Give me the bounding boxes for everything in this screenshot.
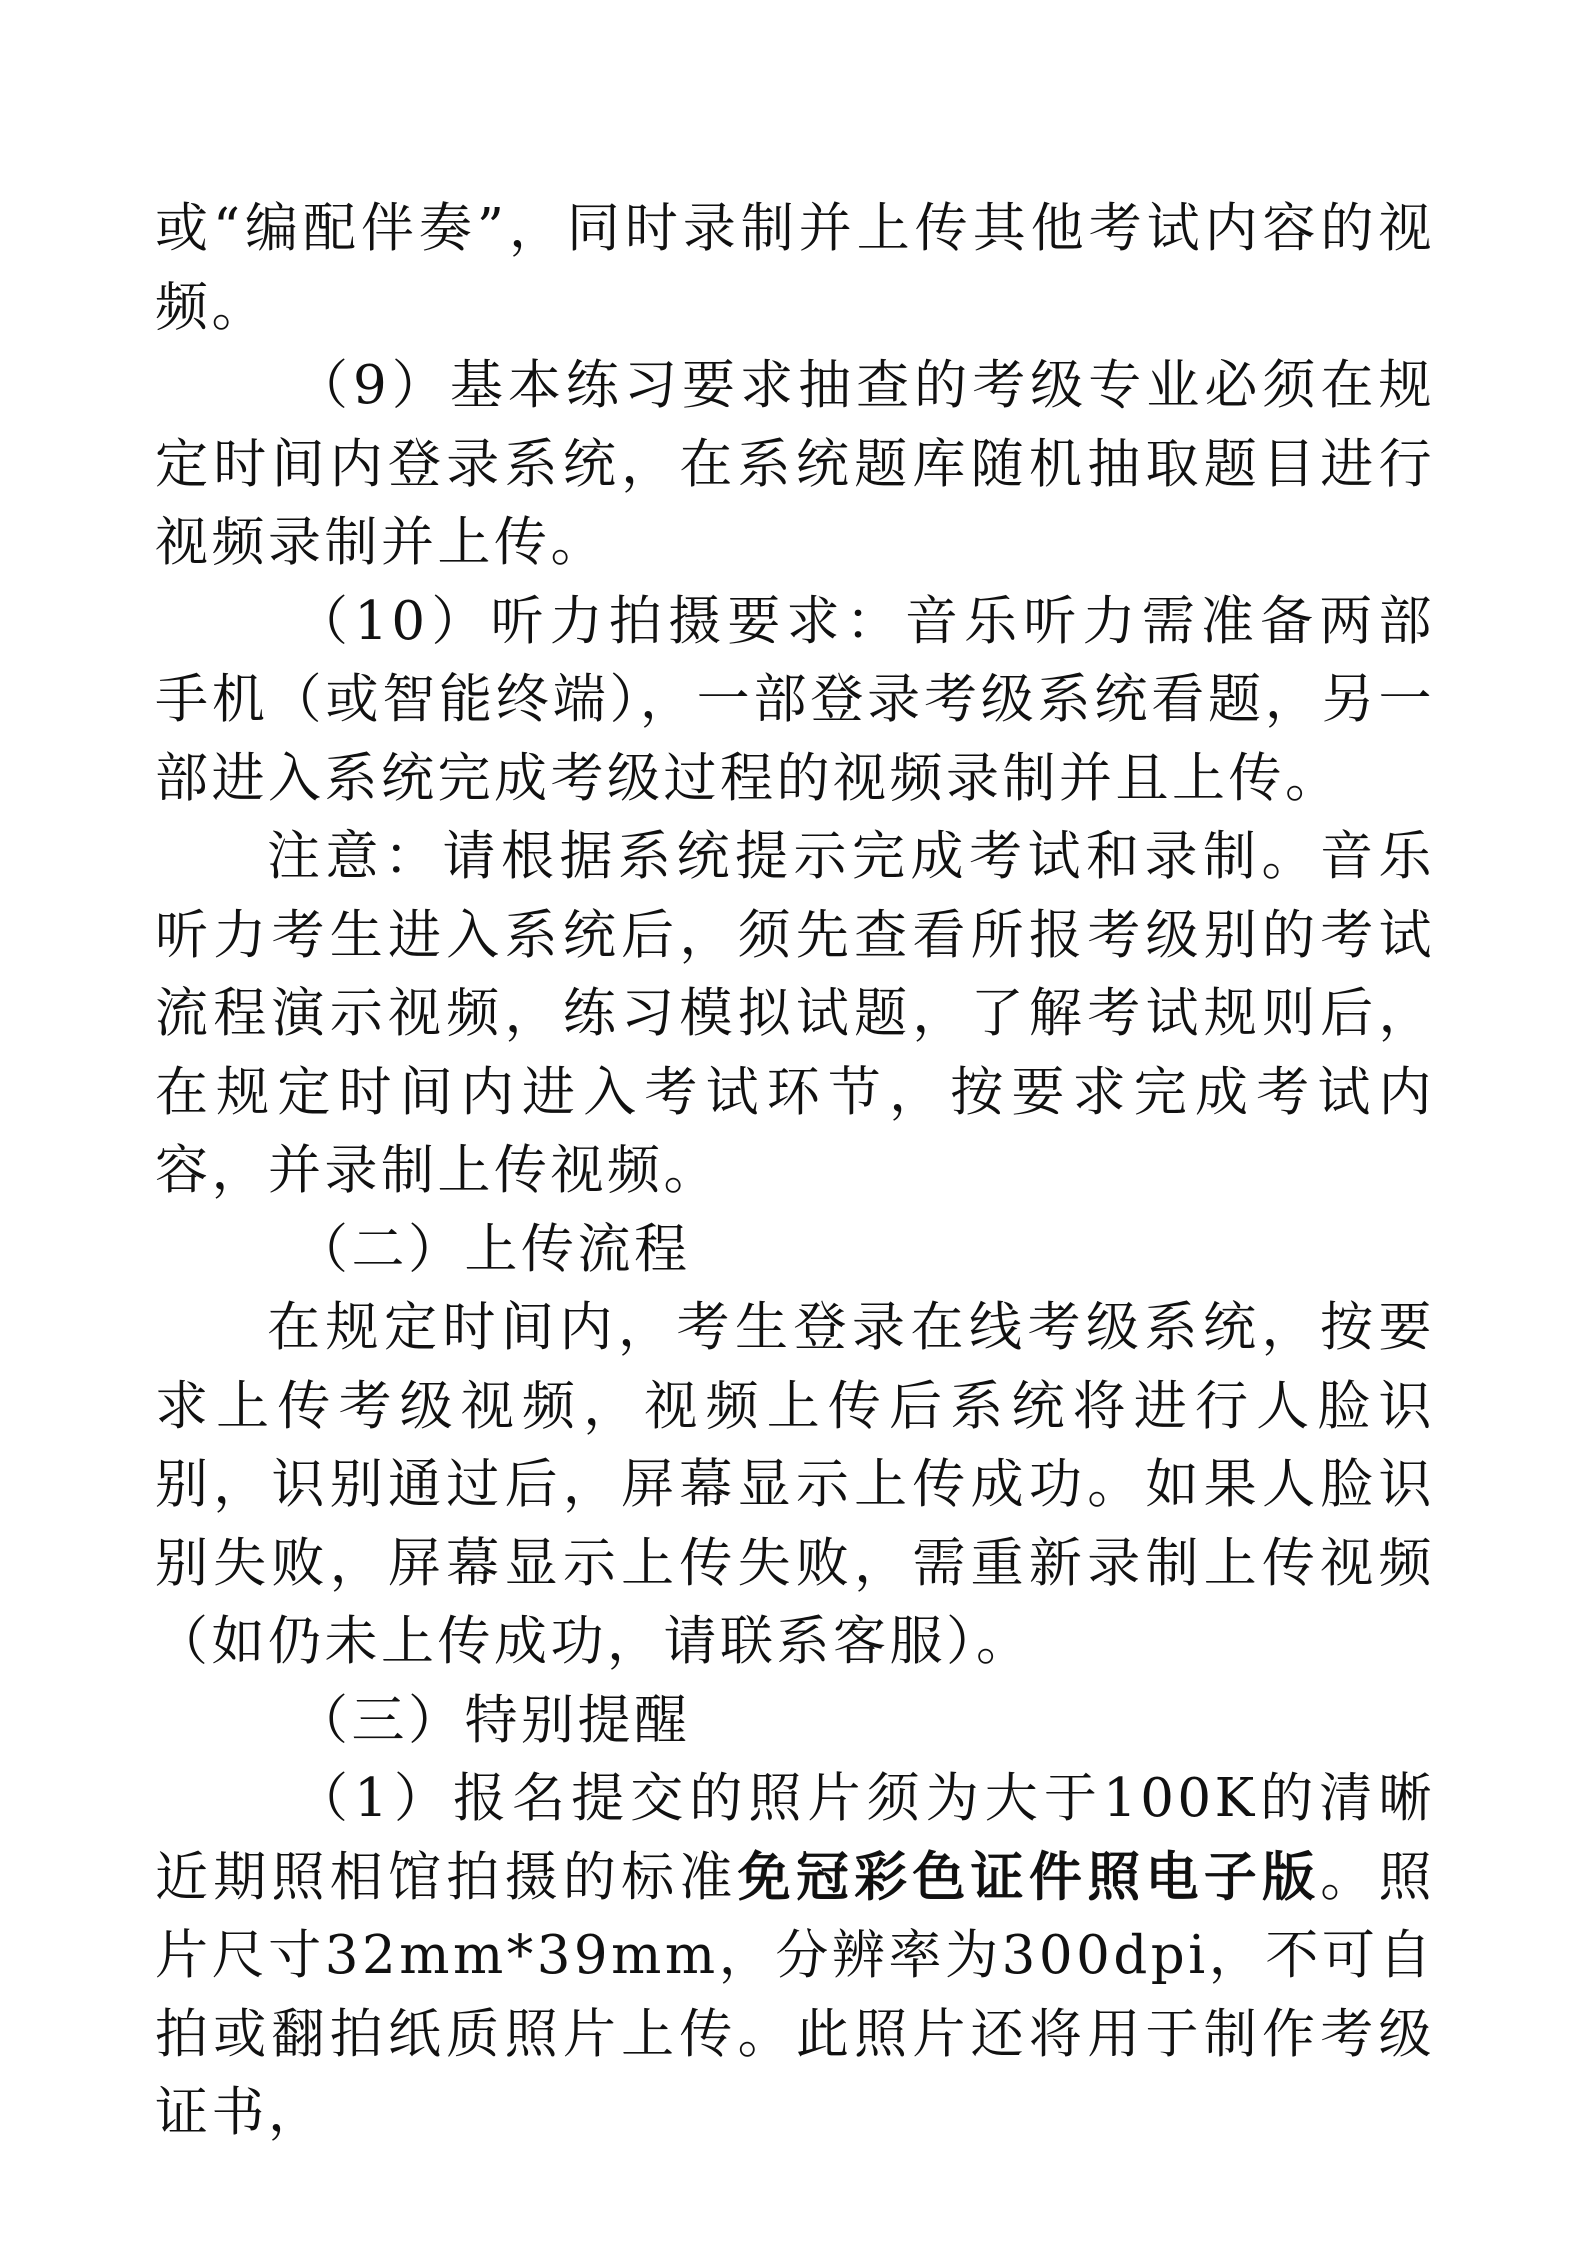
photo-requirement-emphasis: 免冠彩色证件照电子版: [738, 1847, 1321, 1908]
paragraph-photo-requirement: （1）报名提交的照片须为大于100K的清晰近期照相馆拍摄的标准免冠彩色证件照电子…: [155, 1760, 1435, 2153]
section-heading-upload-process: （二）上传流程: [155, 1211, 1435, 1290]
document-page: 或“编配伴奏”，同时录制并上传其他考试内容的视频。 （9）基本练习要求抽查的考级…: [155, 190, 1435, 2153]
paragraph-item-10: （10）听力拍摄要求：音乐听力需准备两部手机（或智能终端），一部登录考级系统看题…: [155, 583, 1435, 819]
paragraph-upload-process: 在规定时间内，考生登录在线考级系统，按要求上传考级视频，视频上传后系统将进行人脸…: [155, 1289, 1435, 1682]
paragraph-item-9: （9）基本练习要求抽查的考级专业必须在规定时间内登录系统，在系统题库随机抽取题目…: [155, 347, 1435, 583]
paragraph-continuation: 或“编配伴奏”，同时录制并上传其他考试内容的视频。: [155, 190, 1435, 347]
paragraph-note: 注意：请根据系统提示完成考试和录制。音乐听力考生进入系统后，须先查看所报考级别的…: [155, 818, 1435, 1211]
section-heading-special-reminder: （三）特别提醒: [155, 1682, 1435, 1761]
